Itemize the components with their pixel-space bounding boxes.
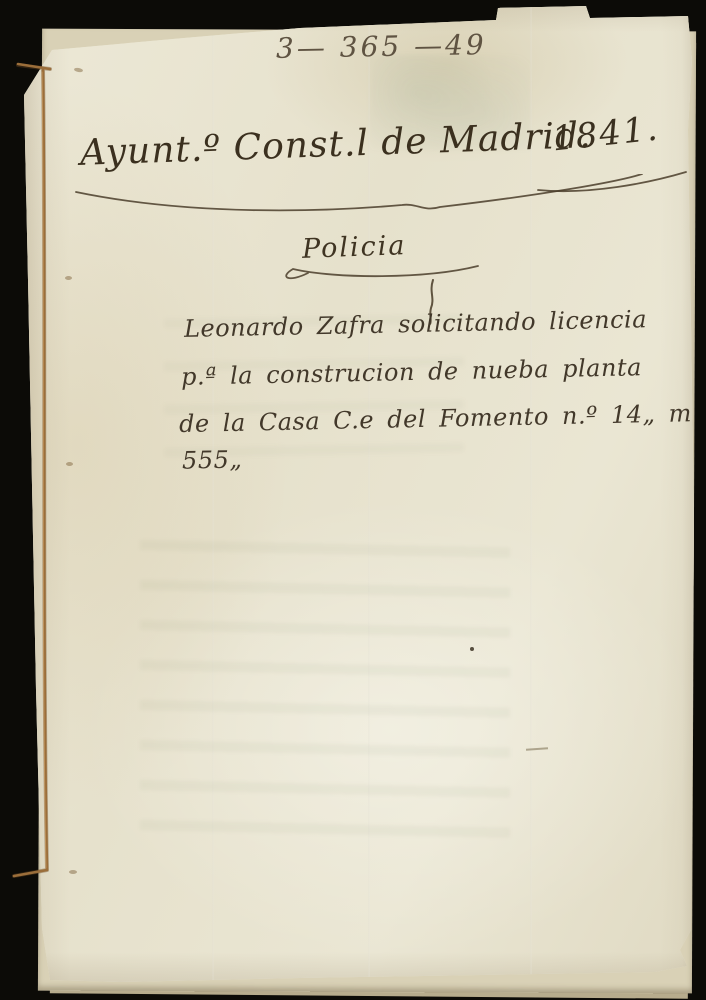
body-text-line: 555„	[182, 445, 243, 474]
flourish-underline-section	[276, 262, 488, 294]
stitch-hole	[74, 67, 84, 73]
institution-title: Ayunt.º Const.l de Madrid.	[79, 115, 592, 174]
ink-showthrough-text	[140, 520, 510, 860]
section-title: Policia	[301, 230, 406, 265]
stitch-hole	[65, 276, 72, 280]
flourish-underline-year	[534, 168, 692, 196]
paper-scratch	[526, 747, 548, 751]
reference-number: 3— 365 —49	[276, 28, 487, 65]
stitch-hole	[69, 870, 77, 874]
ink-speck	[470, 647, 474, 651]
document-page: 3— 365 —49 Ayunt.º Const.l de Madrid. 18…	[24, 6, 694, 984]
stitch-hole	[66, 462, 73, 466]
scanned-document: 3— 365 —49 Ayunt.º Const.l de Madrid. 18…	[0, 0, 706, 1000]
